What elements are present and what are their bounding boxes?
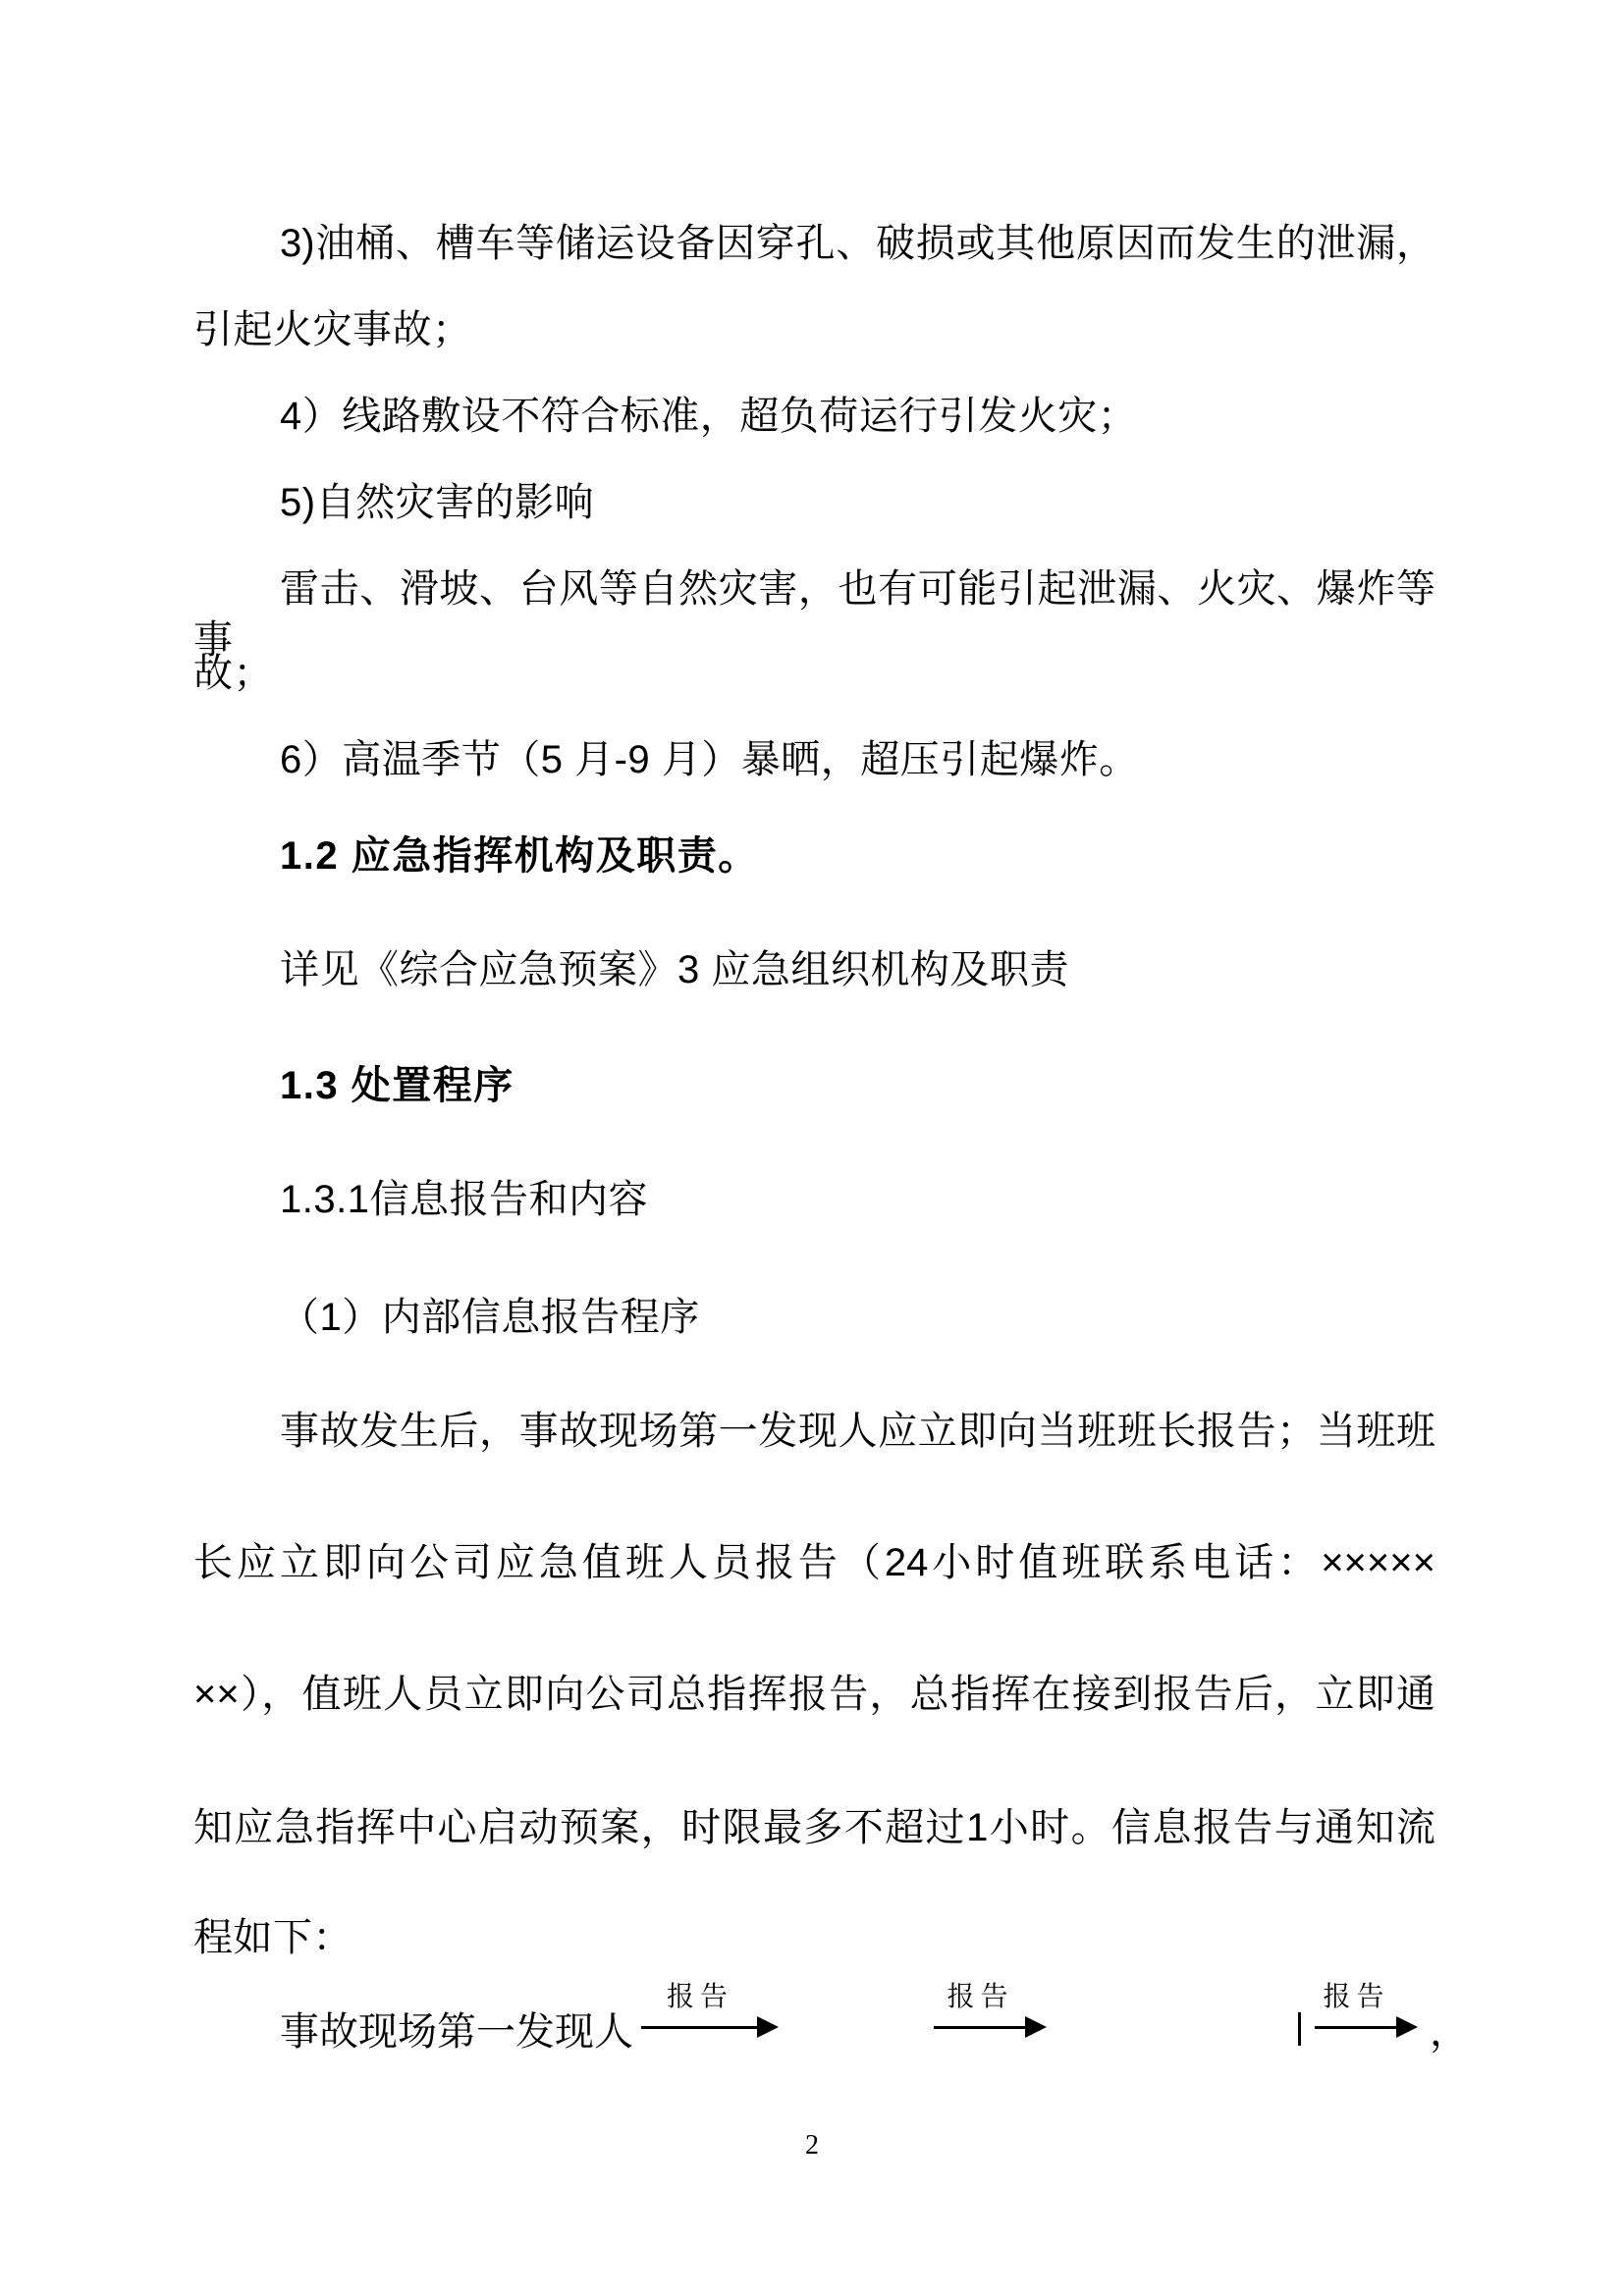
flow-node-command-center: 应急指挥中心 <box>1047 2004 1216 2059</box>
arrow-label: 报告 <box>934 1983 1027 2012</box>
text-line: 5)自然灾害的影响 <box>280 477 594 528</box>
report-flow-diagram: 事故现场第一发现人 报告 当班班长 报告 应急指挥中心 报告 ， <box>280 2004 1469 2073</box>
text-line: 4）线路敷设不符合标准，超负荷运行引发火灾； <box>280 391 1137 442</box>
page-number: 2 <box>0 2130 1624 2162</box>
arrow-shaft <box>1315 2026 1400 2029</box>
subsection-heading-1-3-1: 1.3.1信息报告和内容 <box>280 1174 648 1225</box>
arrow-shaft <box>641 2026 761 2029</box>
section-heading-1-3: 1.3 处置程序 <box>280 1060 514 1111</box>
section-heading-1-2: 1.2 应急指挥机构及职责。 <box>280 830 759 881</box>
trailing-comma: ， <box>1430 2004 1469 2059</box>
text-line: 故； <box>193 648 273 699</box>
report-arrow-icon: 报告 <box>934 2004 1047 2059</box>
arrow-label: 报告 <box>1315 1983 1398 2012</box>
text-line: 引起火灾事故； <box>193 304 472 355</box>
text-line: 事故发生后，事故现场第一发现人应立即向当班班长报告；当班班 <box>193 1406 1435 1457</box>
text-line: 详见《综合应急预案》3 应急组织机构及职责 <box>280 944 1069 995</box>
report-arrow-icon: 报告 <box>1315 2004 1418 2059</box>
clipped-text-fragment <box>1298 2012 1301 2046</box>
text-line: ××），值班人员立即向公司总指挥报告，总指挥在接到报告后，立即通 <box>193 1669 1435 1720</box>
text-line: 3)油桶、槽车等储运设备因穿孔、破损或其他原因而发生的泄漏， <box>193 218 1435 269</box>
text-line: 程如下： <box>193 1912 352 1963</box>
report-arrow-icon: 报告 <box>641 2004 779 2059</box>
arrow-head <box>757 2016 779 2038</box>
text-line: 6）高温季节（5 月-9 月）暴晒，超压引起爆炸。 <box>280 734 1139 785</box>
arrow-shaft <box>934 2026 1029 2029</box>
document-page: 3)油桶、槽车等储运设备因穿孔、破损或其他原因而发生的泄漏， 引起火灾事故； 4… <box>0 0 1624 2296</box>
arrow-head <box>1396 2016 1418 2038</box>
flow-node-first-discoverer: 事故现场第一发现人 <box>280 2004 633 2059</box>
list-heading-internal-report: （1）内部信息报告程序 <box>280 1292 700 1343</box>
text-line: 知应急指挥中心启动预案，时限最多不超过1小时。信息报告与通知流 <box>193 1802 1435 1853</box>
arrow-label: 报告 <box>641 1983 759 2012</box>
flow-node-shift-leader: 当班班长 <box>786 2004 934 2059</box>
arrow-head <box>1025 2016 1047 2038</box>
text-line: 长应立即向公司应急值班人员报告（24小时值班联系电话：××××× <box>193 1537 1435 1588</box>
text-line: 雷击、滑坡、台风等自然灾害，也有可能引起泄漏、火灾、爆炸等事 <box>193 563 1435 666</box>
